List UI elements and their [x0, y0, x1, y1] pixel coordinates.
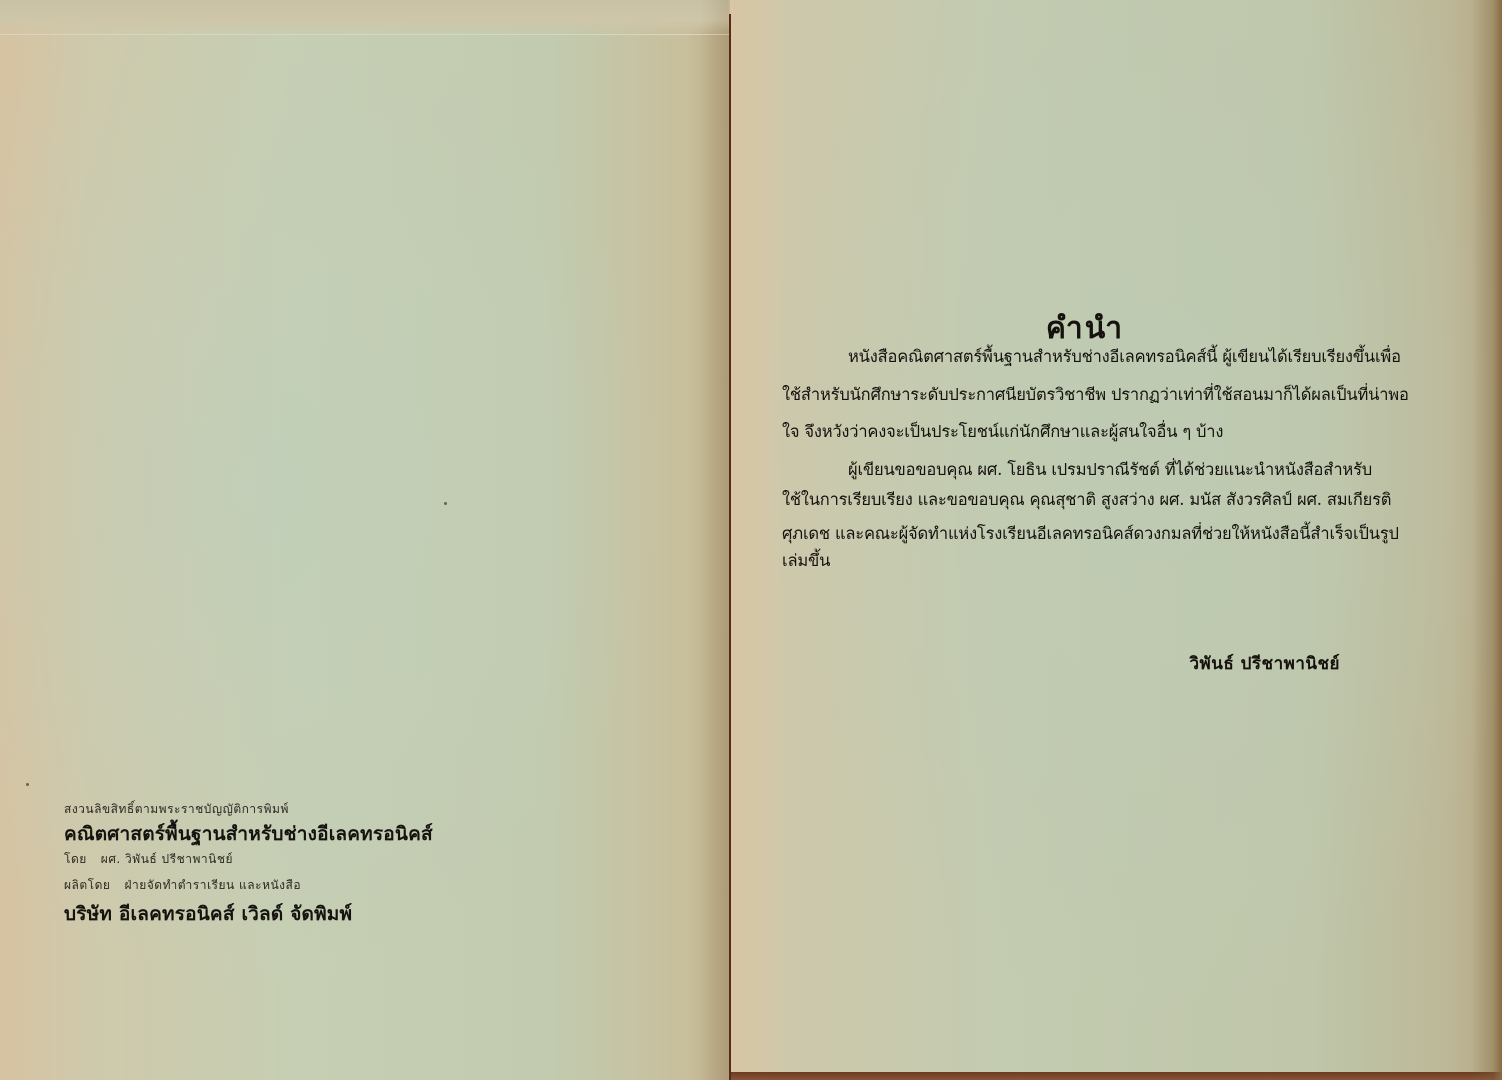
- book-gutter: [729, 14, 731, 1080]
- foreword: คำนำ หนังสือคณิตศาสตร์พื้นฐานสำหรับช่างอ…: [730, 0, 1502, 1080]
- producer-label: ผลิตโดย: [64, 878, 110, 892]
- book-spread: สงวนลิขสิทธิ์ตามพระราชบัญญัติการพิมพ์ คณ…: [0, 0, 1502, 1080]
- page-edge-shadow: [1472, 0, 1502, 1080]
- paragraph-1-line: หนังสือคณิตศาสตร์พื้นฐานสำหรับช่างอีเลคท…: [848, 346, 1412, 368]
- paragraph-1-line: ใจ จึงหวังว่าคงจะเป็นประโยชน์แก่นักศึกษา…: [782, 421, 1412, 443]
- bleed-through-text: [300, 655, 720, 885]
- author-line: โดยผศ. วิพันธ์ ปรีชาพานิชย์: [64, 850, 233, 869]
- producer-line: ผลิตโดยฝ่ายจัดทำตำราเรียน และหนังสือ: [64, 876, 301, 895]
- author-signature: วิพันธ์ ปรีชาพานิชย์: [1120, 650, 1340, 677]
- producer-name: ฝ่ายจัดทำตำราเรียน และหนังสือ: [124, 878, 301, 892]
- left-page: สงวนลิขสิทธิ์ตามพระราชบัญญัติการพิมพ์ คณ…: [0, 0, 730, 1080]
- paragraph-2-line: ศุภเดช และคณะผู้จัดทำแห่งโรงเรียนอีเลคทร…: [782, 523, 1412, 545]
- foreword-title: คำนำ: [1005, 305, 1165, 352]
- book-title: คณิตศาสตร์พื้นฐานสำหรับช่างอีเลคทรอนิคส์: [64, 819, 433, 849]
- author-label: โดย: [64, 852, 87, 866]
- paper-speck: [26, 783, 29, 786]
- right-page: คำนำ หนังสือคณิตศาสตร์พื้นฐานสำหรับช่างอ…: [730, 0, 1502, 1080]
- paragraph-2-line: เล่มขึ้น: [782, 550, 1412, 572]
- paragraph-2-line: ใช้ในการเรียบเรียง และขอขอบคุณ คุณสุชาติ…: [782, 489, 1412, 511]
- paragraph-2-line: ผู้เขียนขอขอบคุณ ผศ. โยธิน เปรมปราณีรัชต…: [848, 459, 1412, 481]
- publisher: บริษัท อีเลคทรอนิคส์ เวิลด์ จัดพิมพ์: [64, 899, 352, 929]
- paragraph-1-line: ใช้สำหรับนักศึกษาระดับประกาศนียบัตรวิชาช…: [782, 384, 1412, 406]
- copyright-notice: สงวนลิขสิทธิ์ตามพระราชบัญญัติการพิมพ์: [64, 800, 289, 819]
- author-name: ผศ. วิพันธ์ ปรีชาพานิชย์: [101, 852, 233, 866]
- paper-speck: [444, 502, 447, 505]
